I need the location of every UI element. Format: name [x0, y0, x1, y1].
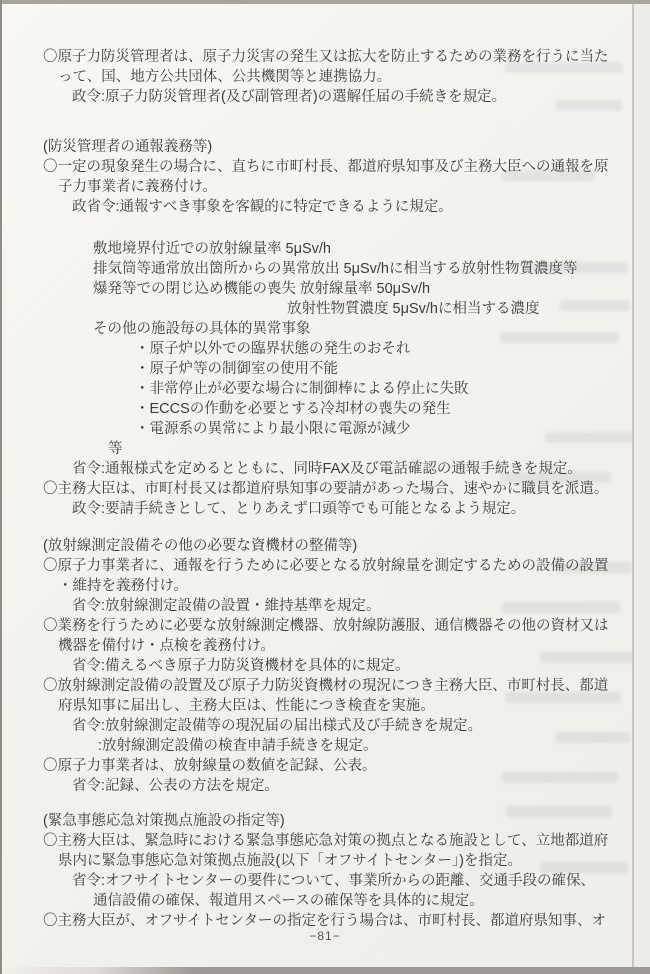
section-heading: (緊急事態応急対策拠点施設の指定等)	[43, 811, 632, 831]
text-line: ・ECCSの作動を必要とする冷却材の喪失の発生	[43, 399, 632, 419]
text-line: 〇原子力事業者に、通報を行うために必要となる放射線量を測定するための設備の設置	[43, 556, 632, 576]
text-line: 省令:記録、公表の方法を規定。	[43, 776, 632, 796]
text-line: 〇主務大臣が、オフサイトセンターの指定を行う場合は、市町村長、都道府県知事、オ	[43, 911, 632, 931]
text-line: :放射線測定設備の検査申請手続きを規定。	[43, 736, 632, 756]
text-line: 〇原子力事業者は、放射線量の数値を記録、公表。	[43, 756, 632, 776]
text-line: ・電源系の異常により最小限に電源が減少	[43, 419, 632, 439]
scan-edge-right-line	[632, 4, 634, 967]
text-line: 府県知事に届出し、主務大臣は、性能につき検査を実施。	[43, 696, 632, 716]
scan-edge-left	[0, 0, 2, 974]
text-line: 爆発等での閉じ込め機能の喪失 放射線量率 50μSv/h	[43, 279, 632, 299]
text-line: 〇放射線測定設備の設置及び原子力防災資機材の現況につき主務大臣、市町村長、都道	[43, 676, 632, 696]
text-line: 政令:要請手続きとして、とりあえず口頭等でも可能となるよう規定。	[43, 499, 632, 519]
text-line: 県内に緊急事態応急対策拠点施設(以下「オフサイトセンター」)を指定。	[43, 851, 632, 871]
text-line: ・非常停止が必要な場合に制御棒による停止に失敗	[43, 379, 632, 399]
text-line: 〇一定の現象発生の場合に、直ちに市町村長、都道府県知事及び主務大臣への通報を原	[43, 157, 632, 177]
text-line: 政令:原子力防災管理者(及び副管理者)の選解任届の手続きを規定。	[43, 87, 632, 107]
text-line: 省令:備えるべき原子力防災資機材を具体的に規定。	[43, 656, 632, 676]
scan-edge-top	[0, 0, 650, 4]
text-line: 省令:オフサイトセンターの要件について、事業所からの距離、交通手段の確保、	[43, 871, 632, 891]
text-line: 等	[43, 439, 632, 459]
text-line: 通信設備の確保、報道用スペースの確保等を具体的に規定。	[43, 891, 632, 911]
text-line: 〇原子力防災管理者は、原子力災害の発生又は拡大を防止するための業務を行うに当た	[43, 47, 632, 67]
text-line: 〇業務を行うために必要な放射線測定機器、放射線防護服、通信機器その他の資材又は	[43, 616, 632, 636]
text-line: 〇主務大臣は、市町村長又は都道府県知事の要請があった場合、速やかに職員を派遣。	[43, 479, 632, 499]
text-line: ・維持を義務付け。	[43, 576, 632, 596]
page-number: −81−	[0, 929, 650, 943]
text-line: 敷地境界付近での放射線量率 5μSv/h	[43, 239, 632, 259]
text-line: 省令:通報様式を定めるとともに、同時FAX及び電話確認の通報手続きを規定。	[43, 459, 632, 479]
scan-edge-right	[634, 4, 650, 967]
text-line: って、国、地方公共団体、公共機関等と連携協力。	[43, 67, 632, 87]
text-line: 政省令:通報すべき事象を客観的に特定できるように規定。	[43, 197, 632, 217]
text-line: 放射性物質濃度 5μSv/hに相当する濃度	[43, 299, 632, 319]
section-heading: (防災管理者の通報義務等)	[43, 137, 632, 157]
text-line: 省令:放射線測定設備の設置・維持基準を規定。	[43, 596, 632, 616]
text-line: 省令:放射線測定設備等の現況届の届出様式及び手続きを規定。	[43, 716, 632, 736]
text-line: 機器を備付け・点検を義務付け。	[43, 636, 632, 656]
text-line: 排気筒等通常放出箇所からの異常放出 5μSv/hに相当する放射性物質濃度等	[43, 259, 632, 279]
text-line: ・原子炉等の制御室の使用不能	[43, 359, 632, 379]
scan-edge-bottom	[0, 967, 650, 974]
document-body: 〇原子力防災管理者は、原子力災害の発生又は拡大を防止するための業務を行うに当たっ…	[43, 47, 632, 931]
text-line: 〇主務大臣は、緊急時における緊急事態応急対策の拠点となる施設として、立地都道府	[43, 831, 632, 851]
section-heading: (放射線測定設備その他の必要な資機材の整備等)	[43, 536, 632, 556]
document-page: 〇原子力防災管理者は、原子力災害の発生又は拡大を防止するための業務を行うに当たっ…	[0, 0, 650, 974]
text-line: ・原子炉以外での臨界状態の発生のおそれ	[43, 339, 632, 359]
text-line: その他の施設毎の具体的異常事象	[43, 319, 632, 339]
text-line: 子力事業者に義務付け。	[43, 177, 632, 197]
